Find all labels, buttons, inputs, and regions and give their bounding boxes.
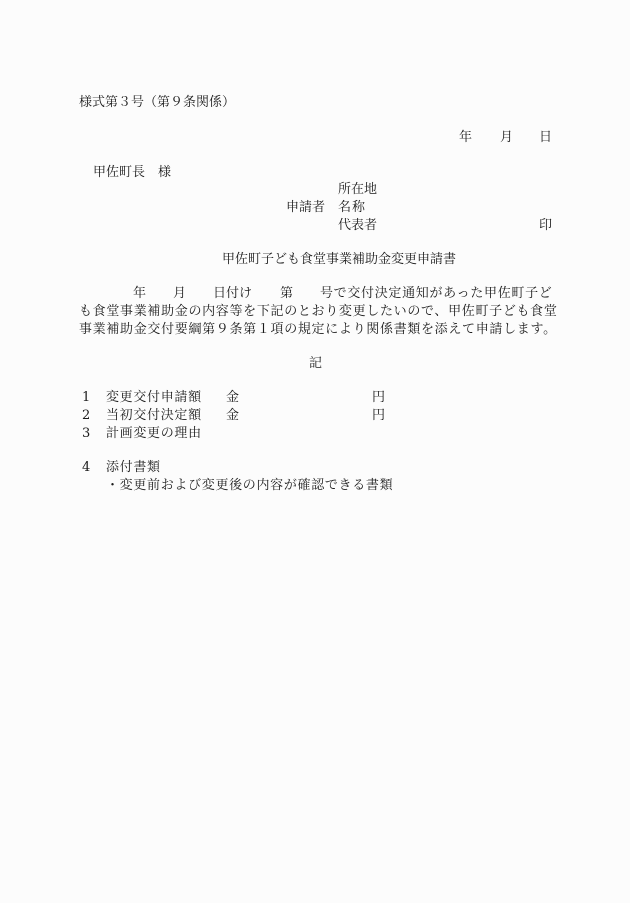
item-unit: 円: [372, 389, 385, 407]
item-number: 2: [82, 407, 90, 425]
body-line2: も食堂事業補助金の内容等を下記のとおり変更したいので、甲佐町子ども食堂: [79, 303, 558, 321]
document-title: 甲佐町子ども食堂事業補助金変更申請書: [222, 251, 456, 269]
body-month: 月: [173, 285, 186, 303]
body-day-suffix: 日付け: [213, 285, 252, 303]
item-number: 4: [82, 459, 90, 477]
item-prefix: 金: [226, 389, 239, 407]
applicant-name-label: 名称: [338, 199, 366, 217]
item-number: 1: [82, 389, 90, 407]
item-label: 当初交付決定額: [106, 407, 202, 425]
body-line3: 事業補助金交付要綱第９条第１項の規定により関係書類を添えて申請します。: [79, 321, 557, 339]
body-year: 年: [133, 285, 146, 303]
item-label: 変更交付申請額: [106, 389, 202, 407]
item-number: 3: [82, 425, 90, 443]
applicant-label: 申請者: [286, 199, 325, 217]
body-number-prefix: 第: [280, 285, 293, 303]
date-year: 年: [459, 129, 472, 147]
addressee-name: 甲佐町長: [93, 164, 145, 182]
body-line1-rest: 号で交付決定通知があった甲佐町子ど: [320, 285, 552, 303]
seal-mark: 印: [539, 217, 552, 235]
item-label: 計画変更の理由: [106, 425, 202, 443]
date-month: 月: [500, 129, 513, 147]
applicant-representative-label: 代表者: [338, 217, 377, 235]
item-unit: 円: [372, 407, 385, 425]
addressee-honorific: 様: [158, 164, 171, 182]
applicant-address-label: 所在地: [338, 181, 377, 199]
attachment-item: ・変更前および変更後の内容が確認できる書類: [106, 477, 393, 495]
form-label: 様式第３号（第９条関係）: [79, 94, 235, 112]
note-heading: 記: [309, 355, 322, 373]
item-prefix: 金: [226, 407, 239, 425]
item-label: 添付書類: [106, 459, 161, 477]
date-day: 日: [539, 129, 552, 147]
